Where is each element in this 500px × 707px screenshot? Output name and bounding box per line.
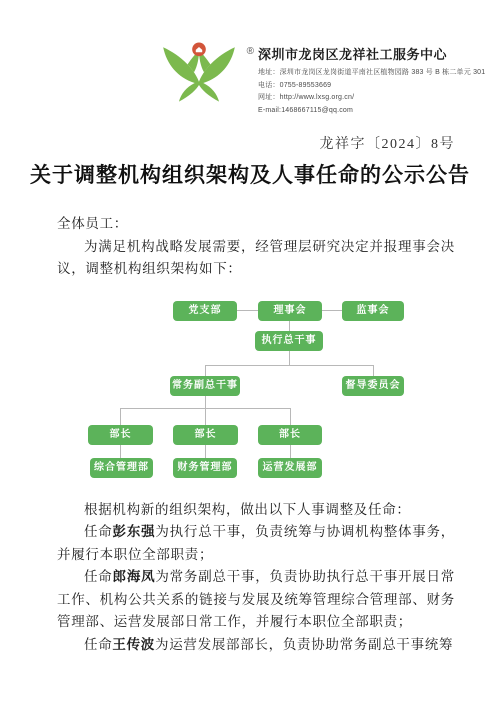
org-contact-block: 深圳市龙岗区龙祥社工服务中心 地址：深圳市龙岗区龙岗街道平南社区植物园路 383… — [242, 40, 485, 117]
registered-trademark: ® — [247, 46, 254, 57]
appointment-lang-haifeng: 任命郎海凤为常务副总干事，负责协助执行总干事开展日常工作、机构公共关系的链接与发… — [57, 566, 455, 634]
connector-line — [205, 365, 374, 366]
org-node-operations-dept: 运营发展部 — [258, 458, 322, 478]
org-logo: ® — [156, 40, 242, 106]
phone-line: 电话：0755-89553669 — [258, 80, 485, 93]
org-node-deputy-director: 常务副总干事 — [170, 376, 240, 396]
website-line: 网址：http://www.lxsg.org.cn/ — [258, 92, 485, 105]
appointment-peng-dongqiang: 任命彭东强为执行总干事，负责统筹与协调机构整体事务，并履行本职位全部职责； — [57, 521, 455, 566]
connector-line — [237, 310, 258, 311]
connector-line — [205, 396, 206, 408]
connector-line — [290, 408, 291, 425]
connector-line — [289, 351, 290, 365]
hands-bird-logo-icon — [156, 40, 242, 106]
appointment-duties: 为运营发展部部长，负责协助常务副总干事统筹 — [155, 637, 453, 652]
appointment-prefix: 任命 — [84, 524, 113, 539]
org-node-dept-head-2: 部长 — [173, 425, 238, 445]
connector-line — [373, 365, 374, 376]
appointee-name: 王传波 — [112, 637, 155, 652]
document-page: ® 深圳市龙岗区龙祥社工服务中心 地址：深圳市龙岗区龙岗街道平南社区植物园路 3… — [0, 0, 500, 707]
email-line: E-mail:1468667115@qq.com — [258, 105, 485, 118]
org-node-steering-committee: 督导委员会 — [342, 376, 404, 396]
connector-line — [205, 445, 206, 458]
appointment-wang-chuanbo: 任命王传波为运营发展部部长，负责协助常务副总干事统筹 — [57, 634, 455, 657]
connector-line — [289, 321, 290, 331]
email-value: 1468667115@qq.com — [281, 107, 353, 114]
appointment-prefix: 任命 — [84, 569, 113, 584]
org-node-general-admin-dept: 综合管理部 — [90, 458, 153, 478]
adjustment-paragraph: 根据机构新的组织架构，做出以下人事调整及任命： — [57, 499, 455, 522]
connector-line — [205, 365, 206, 376]
org-name: 深圳市龙岗区龙祥社工服务中心 — [258, 44, 485, 63]
appointment-prefix: 任命 — [84, 637, 112, 652]
doc-number: 龙祥字〔2024〕8号 — [0, 133, 500, 153]
org-node-supervisory-board: 监事会 — [342, 301, 404, 321]
connector-line — [290, 445, 291, 458]
appointee-name: 郎海凤 — [113, 569, 156, 584]
org-node-executive-director: 执行总干事 — [255, 331, 323, 351]
address-value: 深圳市龙岗区龙岗街道平南社区植物园路 383 号 B 栋二单元 301 — [280, 69, 486, 76]
org-node-party-branch: 党支部 — [173, 301, 237, 321]
connector-line — [120, 445, 121, 458]
org-node-finance-dept: 财务管理部 — [173, 458, 237, 478]
salutation: 全体员工： — [57, 213, 455, 236]
letterhead: ® 深圳市龙岗区龙祥社工服务中心 地址：深圳市龙岗区龙岗街道平南社区植物园路 3… — [0, 0, 500, 117]
intro-paragraph: 为满足机构战略发展需要，经管理层研究决定并报理事会决议，调整机构组织架构如下： — [57, 236, 455, 281]
appointee-name: 彭东强 — [113, 524, 156, 539]
org-node-dept-head-3: 部长 — [258, 425, 322, 445]
org-node-dept-head-1: 部长 — [88, 425, 153, 445]
connector-line — [322, 310, 342, 311]
address-line: 地址：深圳市龙岗区龙岗街道平南社区植物园路 383 号 B 栋二单元 301 — [258, 67, 485, 80]
doc-title: 关于调整机构组织架构及人事任命的公示公告 — [20, 161, 480, 191]
website-value: http://www.lxsg.org.cn/ — [280, 94, 355, 101]
org-node-board-of-directors: 理事会 — [258, 301, 322, 321]
connector-line — [120, 408, 121, 425]
org-chart: 党支部 理事会 监事会 执行总干事 常务副总干事 督导委员会 部长 部长 部长 … — [0, 301, 500, 479]
phone-value: 0755-89553669 — [280, 82, 332, 89]
document-body: 全体员工： 为满足机构战略发展需要，经管理层研究决定并报理事会决议，调整机构组织… — [0, 191, 500, 656]
connector-line — [205, 408, 206, 425]
